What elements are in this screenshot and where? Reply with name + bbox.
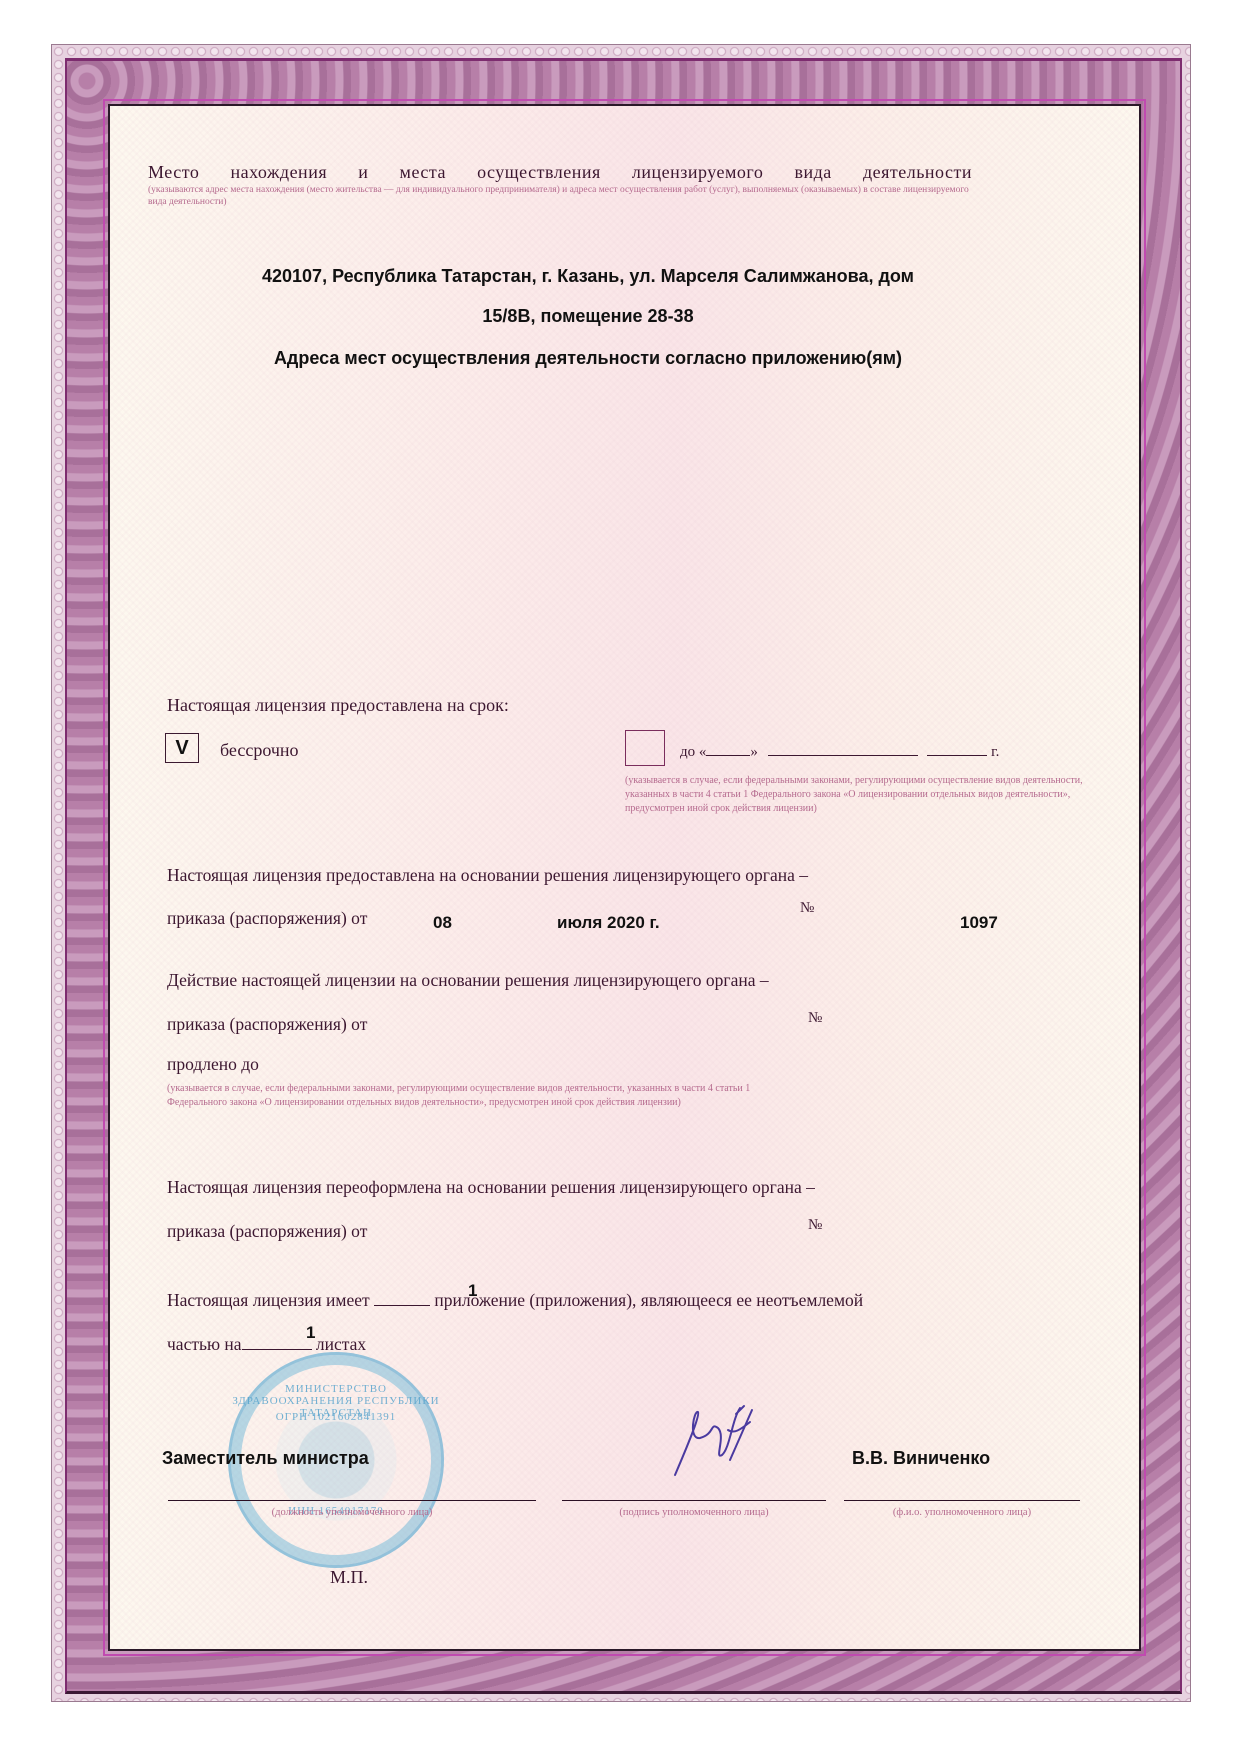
check-mark-icon: V	[175, 737, 188, 760]
extension-line-1: Действие настоящей лицензии на основании…	[167, 970, 769, 991]
grant-line-1: Настоящая лицензия предоставлена на осно…	[167, 865, 808, 886]
position-caption: (должность уполномоченного лица)	[168, 1506, 536, 1519]
until-day-blank	[706, 755, 750, 756]
grant-month-year: июля 2020 г.	[557, 913, 660, 933]
position-signature-line	[168, 1500, 536, 1501]
reissue-line-2-prefix: приказа (распоряжения) от	[167, 1221, 367, 1242]
appendix-line-2-suffix: листах	[316, 1334, 366, 1354]
until-month-blank	[768, 755, 918, 756]
reissue-line-1: Настоящая лицензия переоформлена на осно…	[167, 1177, 815, 1198]
appendix-line-2-prefix: частью на	[167, 1334, 242, 1354]
until-prefix: до «	[680, 744, 706, 760]
until-date-checkbox[interactable]	[625, 730, 665, 766]
grant-line-2-prefix: приказа (распоряжения) от	[167, 908, 367, 929]
appendix-line-1-suffix: приложение (приложения), являющееся ее н…	[434, 1290, 863, 1310]
name-signature-line	[844, 1500, 1080, 1501]
grant-number: 1097	[960, 913, 998, 933]
extension-number-sign: №	[808, 1010, 822, 1027]
stamp-ogrn: ОГРН 1021602841391	[231, 1411, 441, 1423]
grant-day: 08	[433, 913, 452, 933]
indefinite-checkbox[interactable]: V	[165, 733, 199, 763]
address-line-2: 15/8В, помещение 28-38	[148, 306, 1028, 327]
signatory-position: Заместитель министра	[162, 1448, 369, 1469]
seal-place-label: М.П.	[330, 1567, 368, 1588]
address-line-1: 420107, Республика Татарстан, г. Казань,…	[148, 266, 1028, 287]
indefinite-label: бессрочно	[220, 740, 299, 761]
signature-caption: (подпись уполномоченного лица)	[562, 1506, 826, 1519]
grant-number-sign: №	[800, 900, 814, 917]
reissue-number-sign: №	[808, 1217, 822, 1234]
term-label: Настоящая лицензия предоставлена на срок…	[167, 695, 509, 716]
until-date-field: до «» г.	[680, 744, 999, 761]
sheet-count: 1	[306, 1323, 315, 1343]
until-suffix: г.	[991, 744, 999, 760]
location-heading: Место нахождения и места осуществления л…	[148, 162, 972, 183]
extension-line-2-prefix: приказа (распоряжения) от	[167, 1014, 367, 1035]
appendix-line-1-prefix: Настоящая лицензия имеет	[167, 1290, 370, 1310]
address-line-3: Адреса мест осуществления деятельности с…	[148, 348, 1028, 369]
appendix-count-blank	[374, 1305, 430, 1306]
until-hint: (указывается в случае, если федеральными…	[625, 774, 1090, 816]
appendix-line-1: Настоящая лицензия имеет приложение (при…	[167, 1290, 1087, 1311]
signatory-name: В.В. Виниченко	[852, 1448, 990, 1469]
sheet-count-blank	[242, 1349, 312, 1350]
extended-until-label: продлено до	[167, 1054, 259, 1075]
handwritten-signature	[670, 1400, 760, 1480]
name-caption: (ф.и.о. уполномоченного лица)	[844, 1506, 1080, 1519]
signature-line	[562, 1500, 826, 1501]
location-hint: (указываются адрес места нахождения (мес…	[148, 184, 972, 208]
until-quote-close: »	[750, 744, 758, 760]
until-year-blank	[927, 755, 987, 756]
extension-hint: (указывается в случае, если федеральными…	[167, 1082, 777, 1110]
